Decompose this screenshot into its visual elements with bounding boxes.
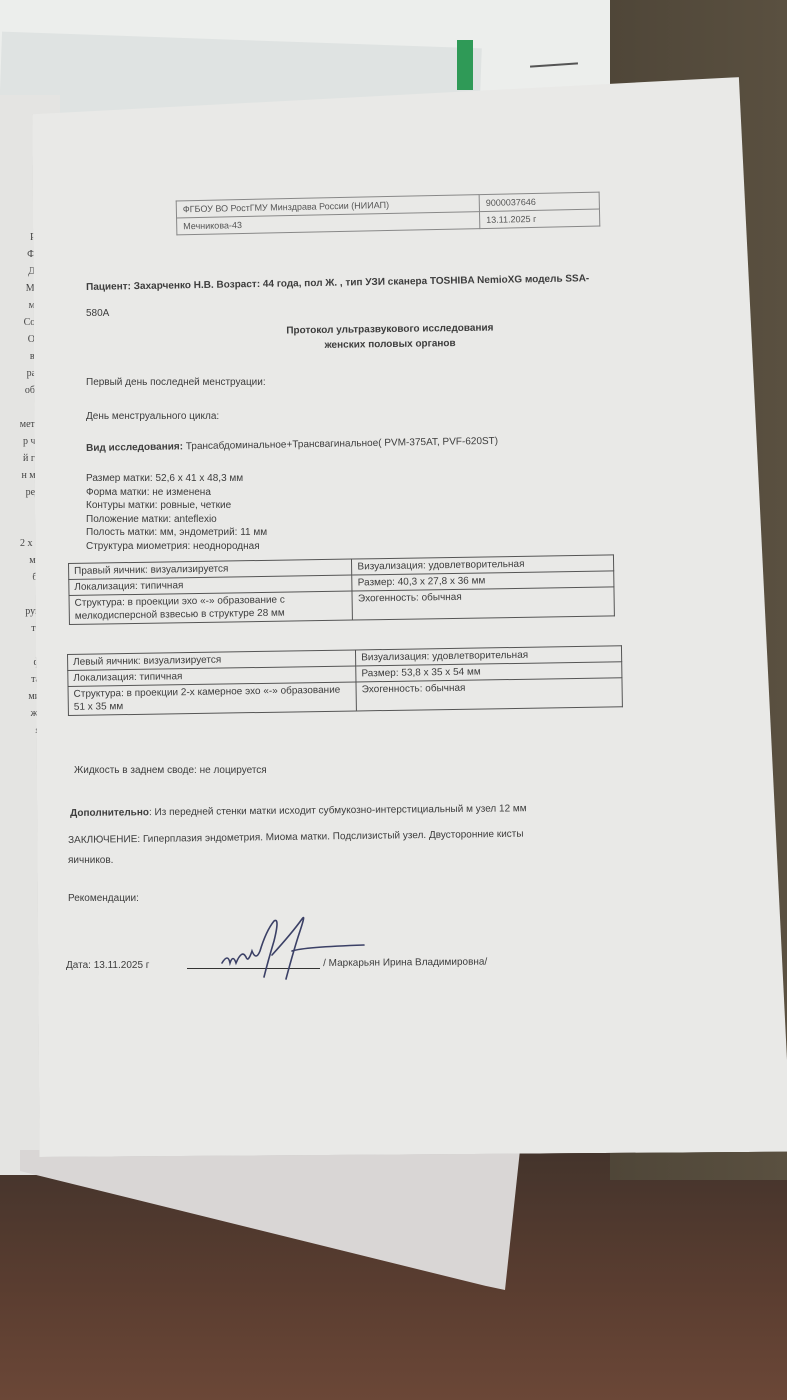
first-day-label: Первый день последней менструации: <box>86 377 266 388</box>
uterus-finding-line: Контуры матки: ровные, четкие <box>86 499 267 513</box>
exam-type-label: Вид исследования: <box>86 441 183 454</box>
uterus-findings: Размер матки: 52,6 x 41 x 48,3 ммФорма м… <box>86 472 267 553</box>
signature-date: Дата: 13.11.2025 г <box>66 960 149 971</box>
patient-line-cont: 580A <box>86 308 109 319</box>
header-date: 13.11.2025 г <box>479 209 599 229</box>
uterus-finding-line: Структура миометрия: неоднородная <box>86 540 267 554</box>
table-cell: Структура: в проекции 2-х камерное эхо «… <box>68 682 356 716</box>
recommendations-label: Рекомендации: <box>68 893 139 904</box>
cycle-day-label: День менструального цикла: <box>86 411 219 422</box>
right-ovary-table: Правый яичник: визуализируетсяВизуализац… <box>68 554 615 625</box>
uterus-finding-line: Положение матки: anteflexio <box>86 513 267 527</box>
conclusion-line-1: ЗАКЛЮЧЕНИЕ: Гиперплазия эндометрия. Миом… <box>68 829 524 846</box>
uterus-finding-line: Размер матки: 52,6 x 41 x 48,3 мм <box>86 472 267 486</box>
table-cell: Структура: в проекции эхо «-» образовани… <box>69 591 353 624</box>
protocol-title: Протокол ультразвукового исследования же… <box>180 319 600 355</box>
exam-type-value: Трансабдоминальное+Трансвагинальное( PVM… <box>186 436 498 452</box>
left-ovary-table: Левый яичник: визуализируетсяВизуализаци… <box>67 645 623 716</box>
patient-label: Пациент: <box>86 281 131 293</box>
table-cell: Эхогенность: обычная <box>352 587 614 620</box>
exam-type-line: Вид исследования: Трансабдоминальное+Тра… <box>86 436 498 454</box>
doctor-name: / Маркарьян Ирина Владимировна/ <box>323 957 487 969</box>
uterus-finding-line: Форма матки: не изменена <box>86 486 267 500</box>
table-cell: Эхогенность: обычная <box>356 678 622 711</box>
patient-line: Пациент: Захарченко Н.В. Возраст: 44 год… <box>86 273 589 293</box>
conclusion-line-2: яичников. <box>68 855 113 866</box>
handwritten-signature-icon <box>200 915 370 995</box>
additional-label: Дополнительно <box>70 807 149 819</box>
patient-info: Захарченко Н.В. Возраст: 44 года, пол Ж.… <box>134 273 590 292</box>
uterus-finding-line: Полость матки: мм, эндометрий: 11 мм <box>86 526 267 540</box>
fluid-finding: Жидкость в заднем своде: не лоцируется <box>74 765 267 776</box>
additional-text: : Из передней стенки матки исходит субму… <box>149 803 527 818</box>
clinic-header-table: ФГБОУ ВО РостГМУ Минздрава России (НИИАП… <box>176 192 601 236</box>
additional-finding: Дополнительно: Из передней стенки матки … <box>70 803 527 819</box>
ultrasound-protocol: ФГБОУ ВО РостГМУ Минздрава России (НИИАП… <box>0 0 787 1400</box>
